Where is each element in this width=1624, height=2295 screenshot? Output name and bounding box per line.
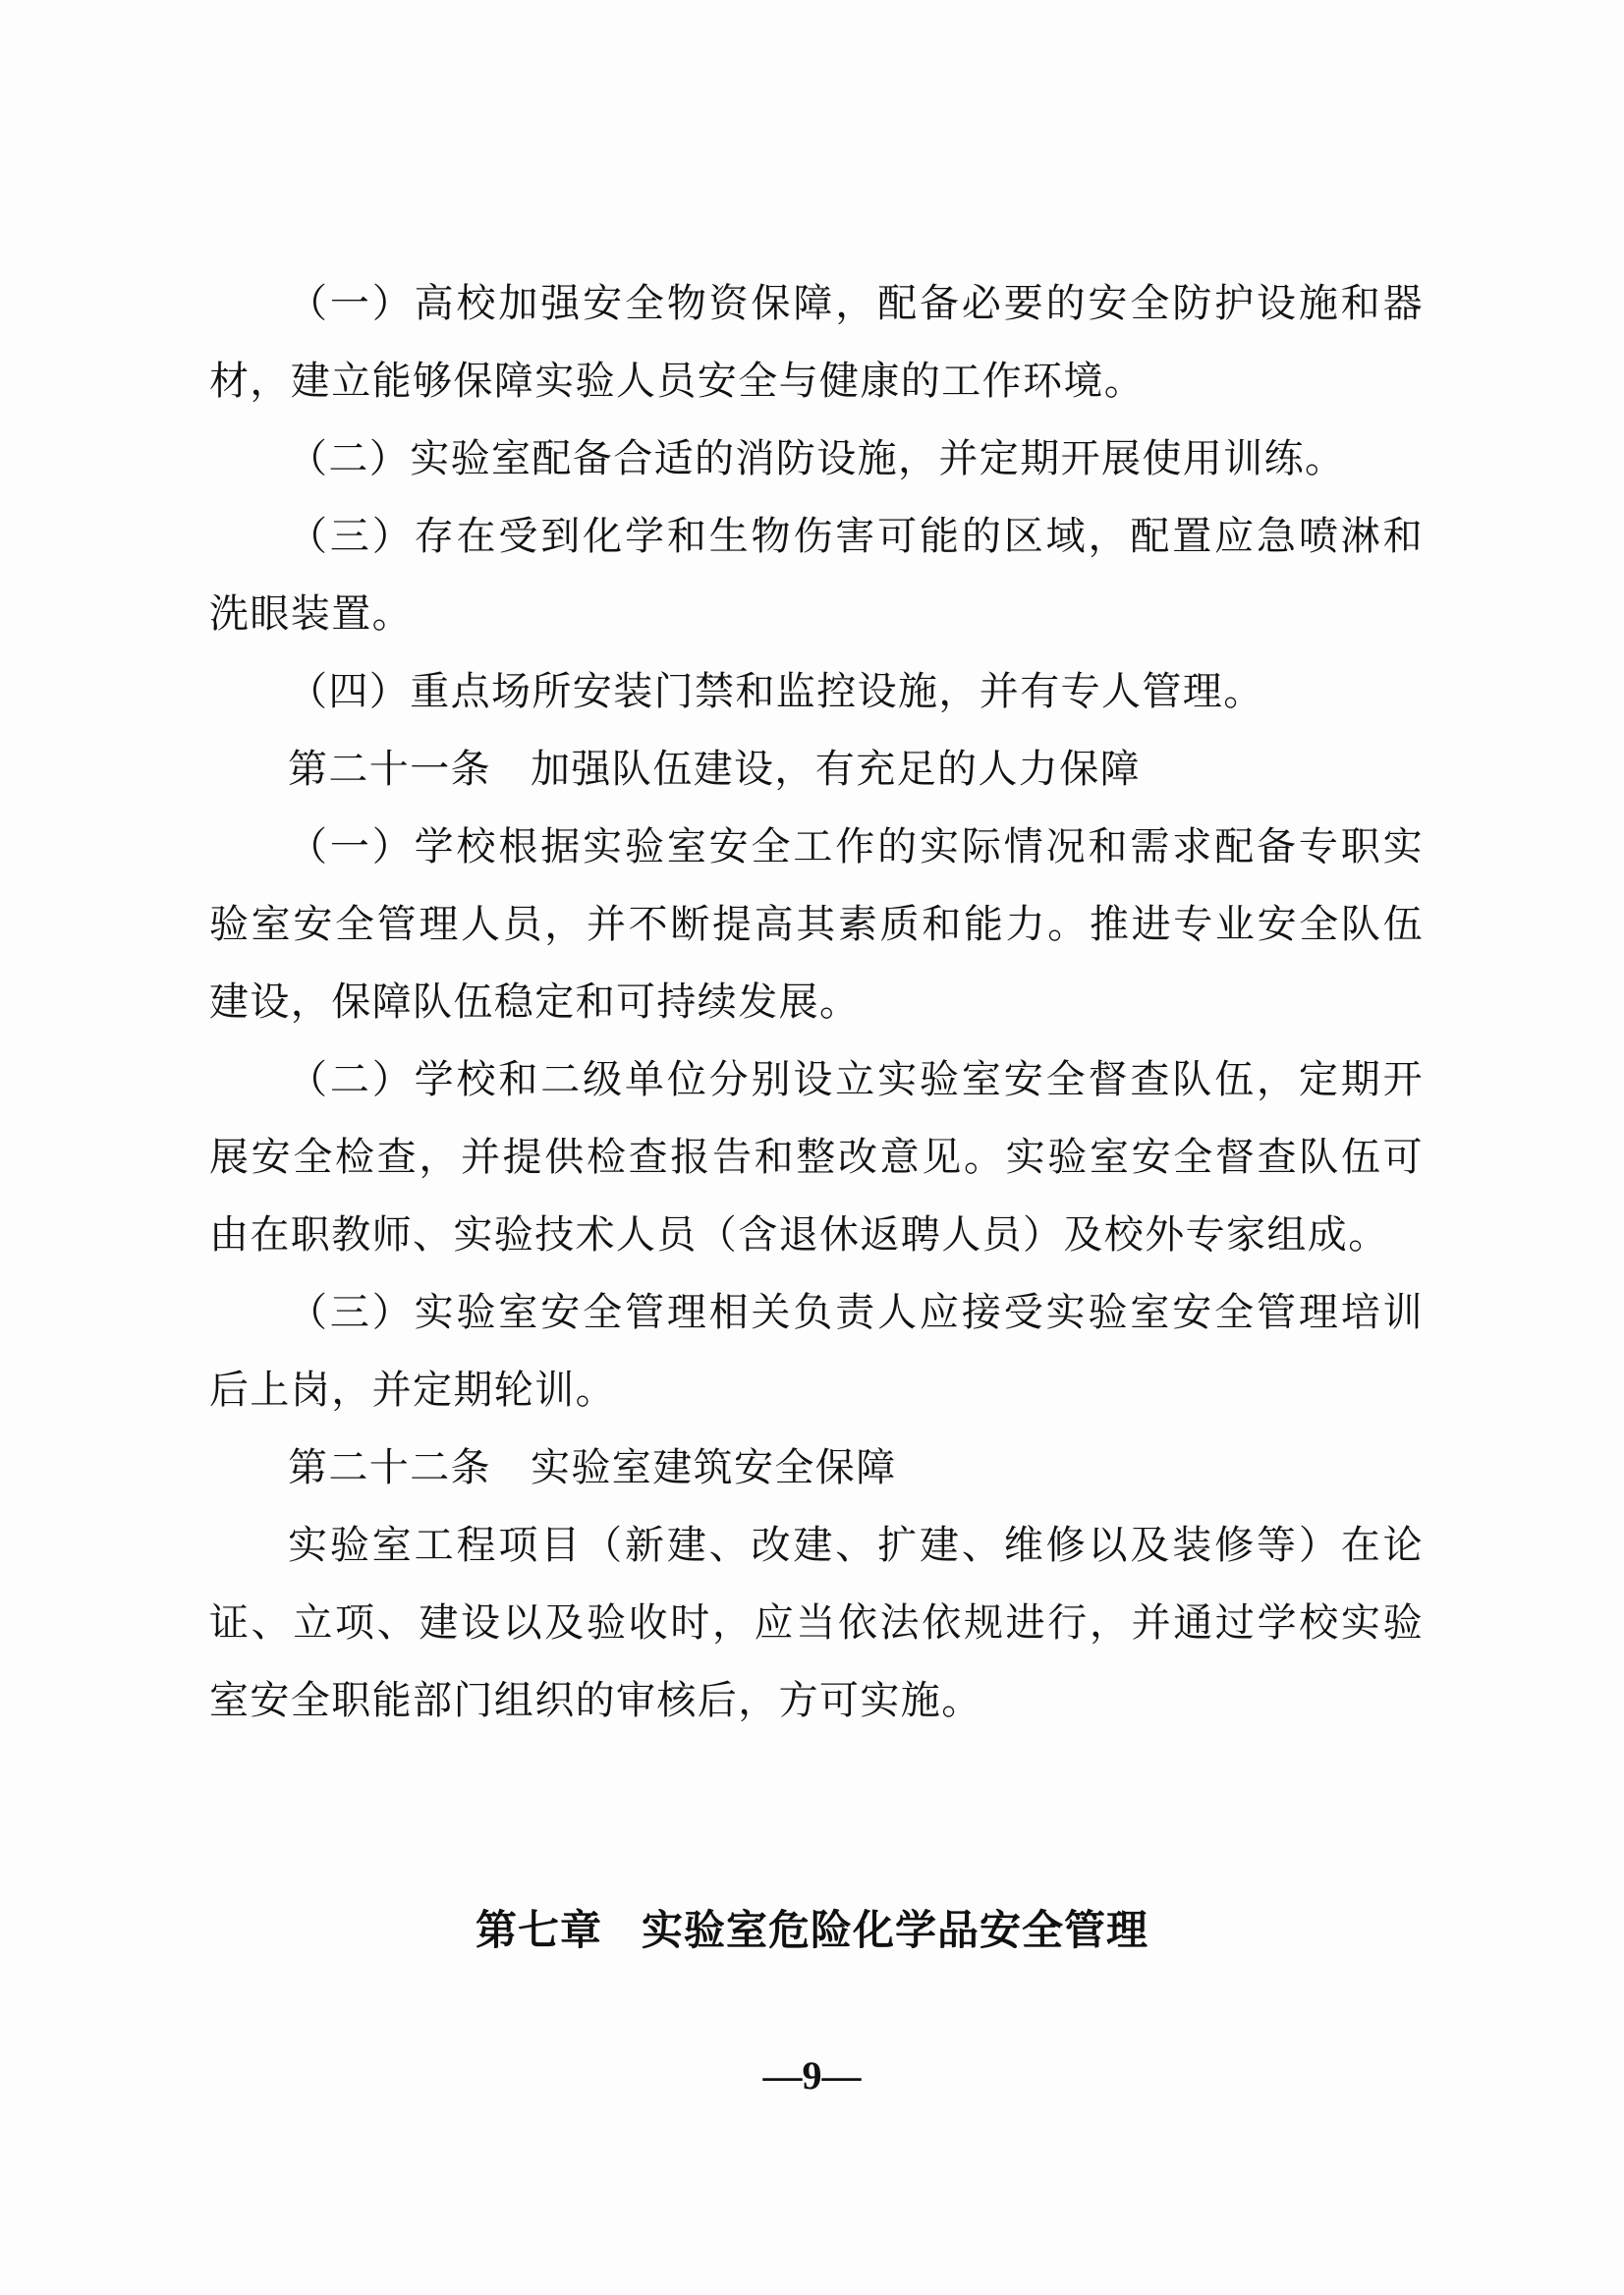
paragraph-item-2: （二）学校和二级单位分别设立实验室安全督查队伍，定期开展安全检查，并提供检查报告… [209,1041,1424,1274]
article-21-heading: 第二十一条加强队伍建设，有充足的人力保障 [209,731,1424,809]
paragraph-body: 实验室工程项目（新建、改建、扩建、维修以及装修等）在论证、立项、建设以及验收时，… [209,1507,1424,1740]
chapter-heading: 第七章实验室危险化学品安全管理 [0,1901,1624,1960]
article-title: 加强队伍建设，有充足的人力保障 [531,747,1141,792]
paragraph-item-1: （一）学校根据实验室安全工作的实际情况和需求配备专职实验室安全管理人员，并不断提… [209,809,1424,1041]
article-title: 实验室建筑安全保障 [531,1445,897,1490]
paragraph-item-3: （三）存在受到化学和生物伤害可能的区域，配置应急喷淋和洗眼装置。 [209,498,1424,653]
article-number: 第二十二条 [288,1445,491,1490]
paragraph-item-3: （三）实验室安全管理相关负责人应接受实验室安全管理培训后上岗，并定期轮训。 [209,1274,1424,1429]
document-page: （一）高校加强安全物资保障，配备必要的安全防护设施和器材，建立能够保障实验人员安… [0,0,1624,2295]
document-body: （一）高校加强安全物资保障，配备必要的安全防护设施和器材，建立能够保障实验人员安… [209,265,1424,1740]
chapter-number: 第七章 [476,1906,602,1954]
paragraph-item-4: （四）重点场所安装门禁和监控设施，并有专人管理。 [209,653,1424,731]
article-number: 第二十一条 [288,747,491,792]
paragraph-item-1: （一）高校加强安全物资保障，配备必要的安全防护设施和器材，建立能够保障实验人员安… [209,265,1424,420]
paragraph-item-2: （二）实验室配备合适的消防设施，并定期开展使用训练。 [209,420,1424,498]
page-number: —9— [0,2048,1624,2103]
chapter-title-text: 实验室危险化学品安全管理 [642,1906,1148,1954]
article-22-heading: 第二十二条实验室建筑安全保障 [209,1429,1424,1507]
